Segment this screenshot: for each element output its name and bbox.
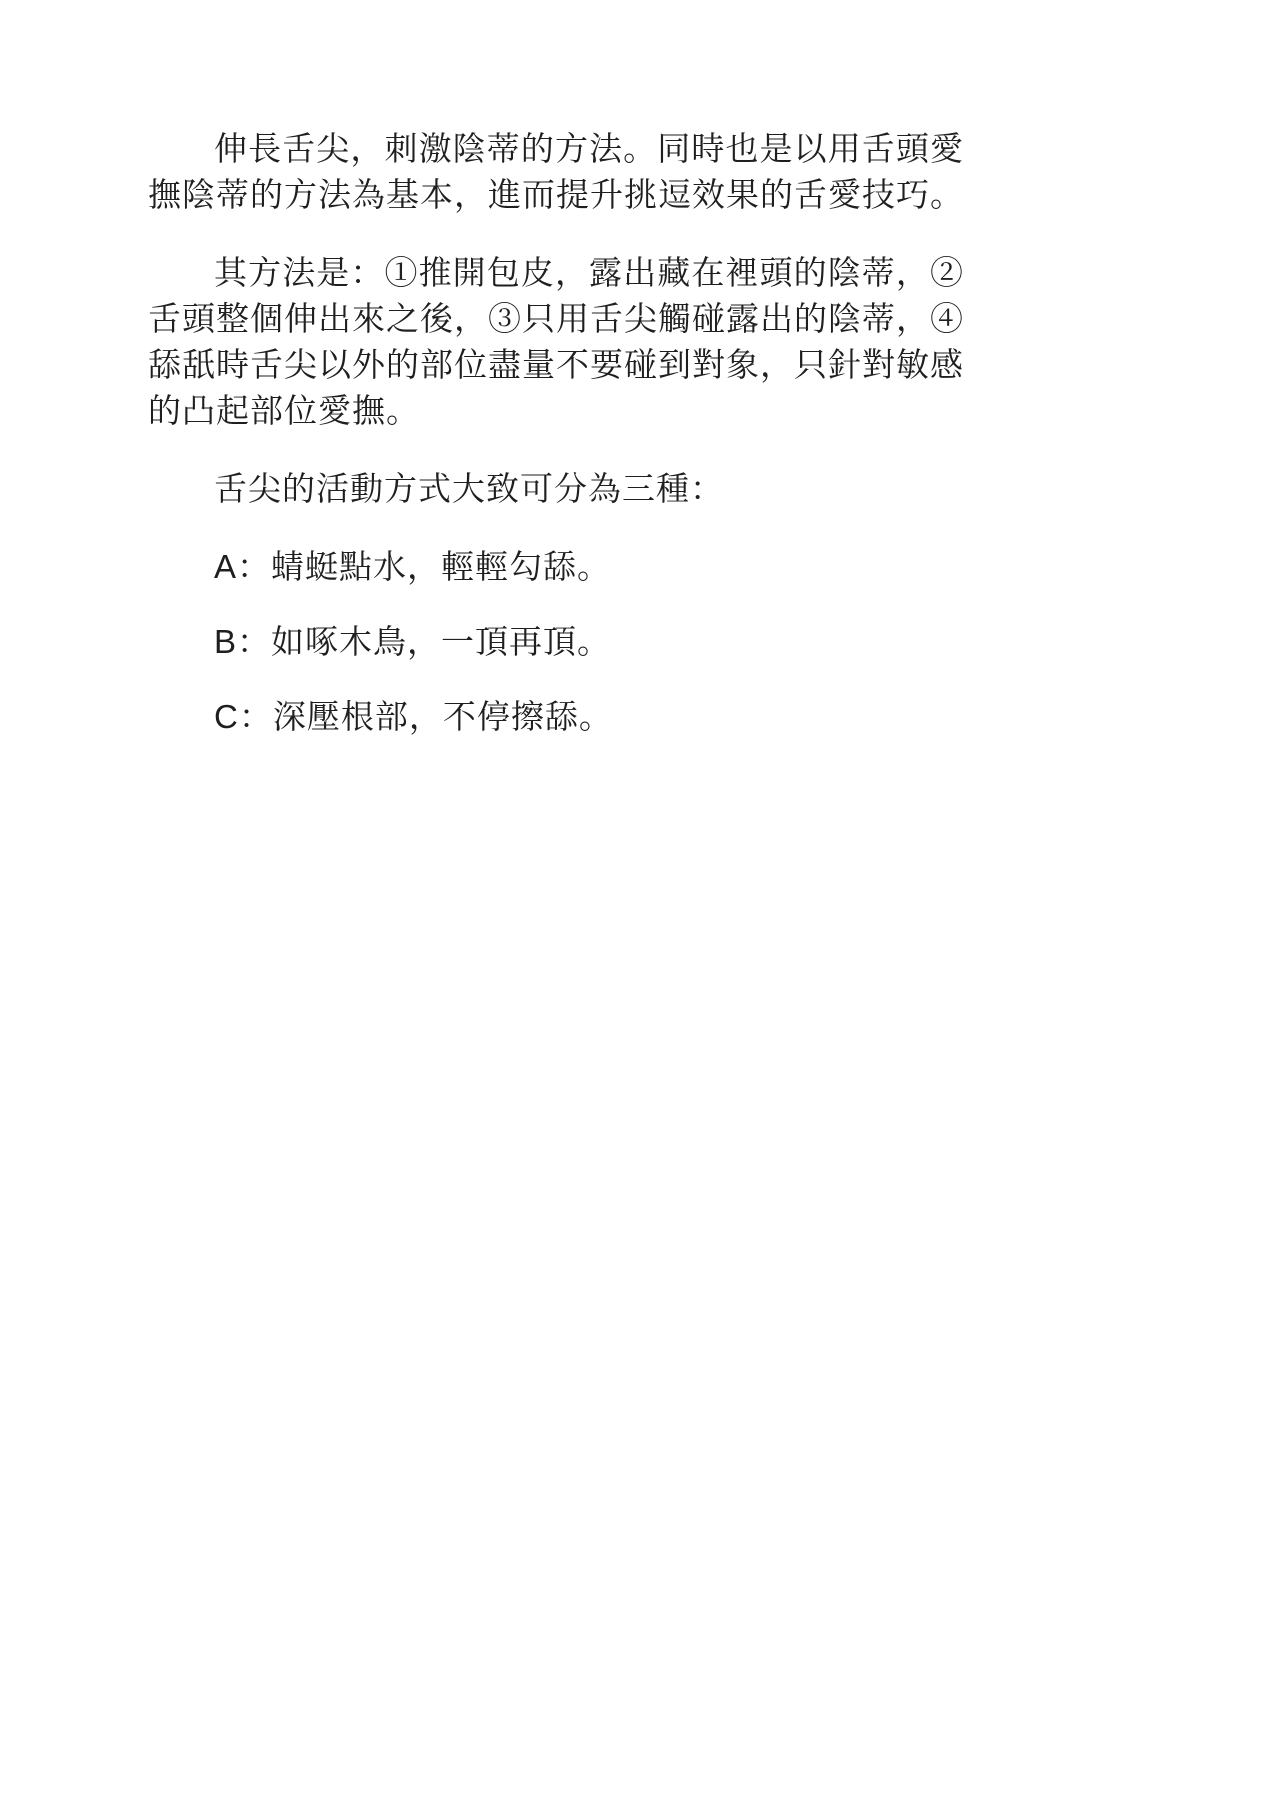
document-page: 伸長舌尖，刺激陰蒂的方法。同時也是以用舌頭愛撫陰蒂的方法為基本，進而提升挑逗效果…: [0, 0, 1280, 1812]
paragraph-method-steps: 其方法是：①推開包皮，露出藏在裡頭的陰蒂，②舌頭整個伸出來之後，③只用舌尖觸碰露…: [148, 250, 964, 434]
list-item-c: C：深壓根部，不停擦舔。: [214, 694, 964, 740]
paragraph-intro: 伸長舌尖，刺激陰蒂的方法。同時也是以用舌頭愛撫陰蒂的方法為基本，進而提升挑逗效果…: [148, 126, 964, 218]
paragraph-three-types-lead-in: 舌尖的活動方式大致可分為三種：: [148, 466, 964, 512]
list-item-b: B：如啄木鳥，一頂再頂。: [214, 619, 964, 665]
list-item-a: A：蜻蜓點水，輕輕勾舔。: [214, 544, 964, 590]
